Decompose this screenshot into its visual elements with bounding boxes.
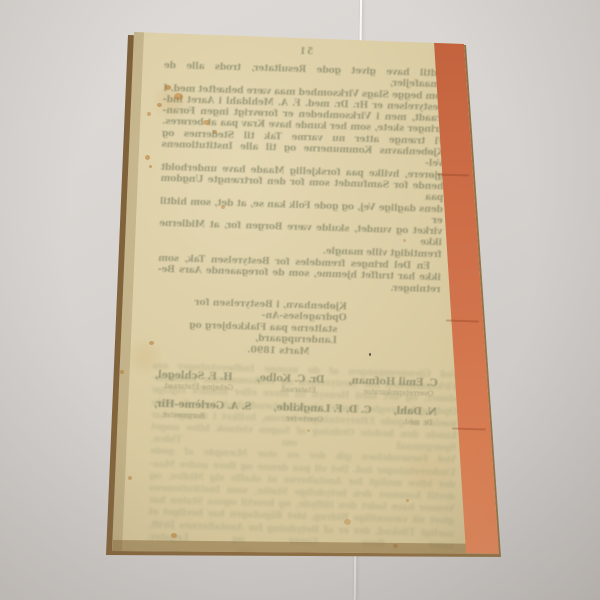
signature-title: Overlærer. bbox=[284, 415, 323, 424]
closing-dateline-block: Kjøbenhavn, i Bestyrelsen for Opdragelse… bbox=[156, 296, 348, 359]
photo-backdrop: Ved Gjennemgangen af de mange Indberetni… bbox=[0, 0, 600, 600]
signature-name: H. F. Schlegel, bbox=[155, 370, 233, 383]
stain-spot bbox=[165, 85, 171, 90]
stain-spot bbox=[174, 93, 183, 100]
stain-spot bbox=[203, 120, 210, 125]
stain-spot bbox=[120, 370, 124, 374]
stain-spot bbox=[406, 499, 409, 502]
signature-name: N. Dahl, bbox=[393, 406, 437, 418]
stain-spot bbox=[403, 239, 406, 242]
paragraph-block: hidtil have givet gode Resultater, trods… bbox=[159, 60, 448, 260]
stain-spot bbox=[213, 130, 217, 134]
booklet-back-cover: Ved Gjennemgangen af de mange Indberetni… bbox=[0, 0, 600, 600]
stain-spot bbox=[149, 341, 154, 345]
stain-spot bbox=[221, 205, 225, 209]
dark-fleck bbox=[369, 353, 371, 356]
stain-spot bbox=[147, 112, 151, 116]
signature-title: Dr. med. bbox=[402, 419, 432, 428]
stain-spot bbox=[171, 533, 177, 538]
stain-spot bbox=[307, 429, 310, 432]
stain-spot bbox=[344, 519, 351, 525]
stain-spot bbox=[128, 476, 132, 480]
stain-spot bbox=[149, 165, 152, 168]
signature-title: Etatsraad. bbox=[279, 386, 316, 395]
stain-spot bbox=[157, 103, 162, 107]
signature-title: Borgmester. bbox=[162, 411, 206, 420]
showthrough-text-block: 51 hidtil have givet gode Resultater, tr… bbox=[155, 43, 447, 366]
stain-spot bbox=[145, 155, 150, 160]
signature-name: Dr. C. Kolbe, bbox=[256, 373, 324, 386]
paragraph-block: En Del bringes fremdeles for Bestyrelsen… bbox=[157, 253, 441, 295]
